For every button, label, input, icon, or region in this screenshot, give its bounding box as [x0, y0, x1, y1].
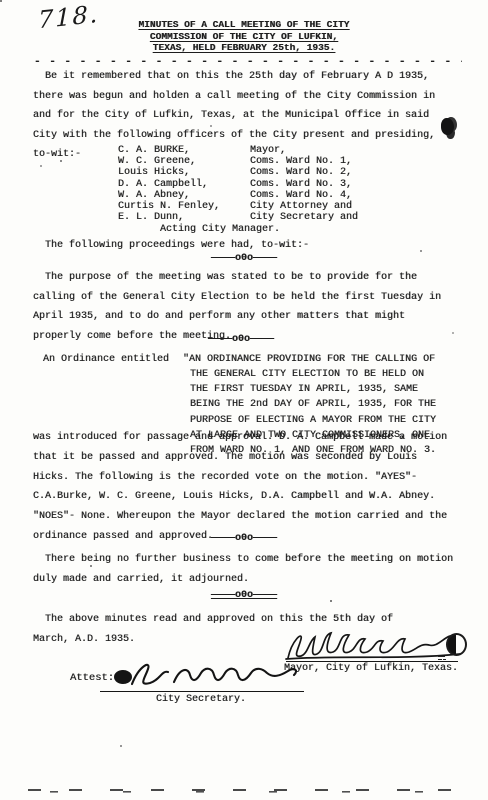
ordinance-intro-line: An Ordinance entitled"AN ORDINANCE PROVI… [43, 352, 435, 367]
title-line: MINUTES OF A CALL MEETING OF THE CITY [0, 19, 488, 31]
ordinance-quote-line: THE GENERAL CITY ELECTION TO BE HELD ON [190, 367, 436, 382]
signature-line [100, 691, 304, 692]
binder-hole [446, 633, 467, 656]
officer-row: Louis Hicks,Coms. Ward No. 2, [118, 167, 358, 178]
officer-name: C. A. BURKE, [118, 145, 250, 156]
officer-role: Mayor, [250, 145, 286, 156]
officer-role: Coms. Ward No. 4, [250, 190, 352, 201]
signature-line [286, 661, 458, 662]
ordinance-quote-line: PURPOSE OF ELECTING A MAYOR FROM THE CIT… [190, 413, 436, 428]
officer-name: W. C. Greene, [118, 156, 250, 167]
section-separator: ————o0o———— [0, 253, 488, 265]
officer-row: E. L. Dunn,City Secretary and [118, 212, 358, 223]
mayor-signature [282, 628, 464, 664]
ordinance-quote-line: THE FIRST TUESDAY IN APRIL, 1935, SAME [190, 382, 436, 397]
document-title: MINUTES OF A CALL MEETING OF THE CITYCOM… [0, 19, 488, 54]
scan-smudge [438, 656, 448, 662]
officer-role: City Attorney and [250, 201, 352, 212]
ordinance-intro: An Ordinance entitled [43, 354, 169, 365]
officer-row: Curtis N. Fenley,City Attorney and [118, 201, 358, 212]
scan-specks [0, 0, 2, 2]
section-separator: ————o0o———— [0, 533, 488, 545]
title-line: TEXAS, HELD FEBRUARY 25th, 1935. [0, 42, 488, 54]
mayor-title: Mayor, City of Lufkin, Texas. [284, 663, 458, 675]
officers-footer: Acting City Manager. [160, 224, 280, 235]
scanned-minutes-page: 718. MINUTES OF A CALL MEETING OF THE CI… [0, 0, 488, 800]
officer-name: D. A. Campbell, [118, 179, 250, 190]
binder-hole [441, 118, 454, 135]
officers-list: C. A. BURKE,Mayor, W. C. Greene,Coms. Wa… [118, 145, 358, 223]
officer-role: Coms. Ward No. 2, [250, 167, 352, 178]
secretary-title: City Secretary. [156, 694, 246, 706]
officer-row: D. A. Campbell,Coms. Ward No. 3, [118, 179, 358, 190]
section-separator: ————o0o———— [208, 334, 274, 346]
page-bottom-edge [28, 788, 464, 793]
officer-role: Coms. Ward No. 1, [250, 156, 352, 167]
officer-name: Louis Hicks, [118, 167, 250, 178]
officer-name: W. A. Abney, [118, 190, 250, 201]
title-line: COMMISSION OF THE CITY OF LUFKIN, [0, 31, 488, 43]
officer-name: E. L. Dunn, [118, 212, 250, 223]
officer-row: C. A. BURKE,Mayor, [118, 145, 358, 156]
officer-name: Curtis N. Fenley, [118, 201, 250, 212]
section-separator: ————o0o———— [0, 590, 488, 602]
officer-row: W. C. Greene,Coms. Ward No. 1, [118, 156, 358, 167]
officer-role: City Secretary and [250, 212, 358, 223]
vote-paragraph: was introduced for passage and approval.… [33, 428, 459, 547]
ordinance-quote-line: BEING THE 2nd DAY OF APRIL, 1935, FOR TH… [190, 397, 436, 412]
adjournment-paragraph: There being no further business to come … [33, 550, 459, 589]
officer-role: Coms. Ward No. 3, [250, 179, 352, 190]
officer-row: W. A. Abney,Coms. Ward No. 4, [118, 190, 358, 201]
ordinance-quote-start: "AN ORDINANCE PROVIDING FOR THE CALLING … [183, 354, 435, 365]
